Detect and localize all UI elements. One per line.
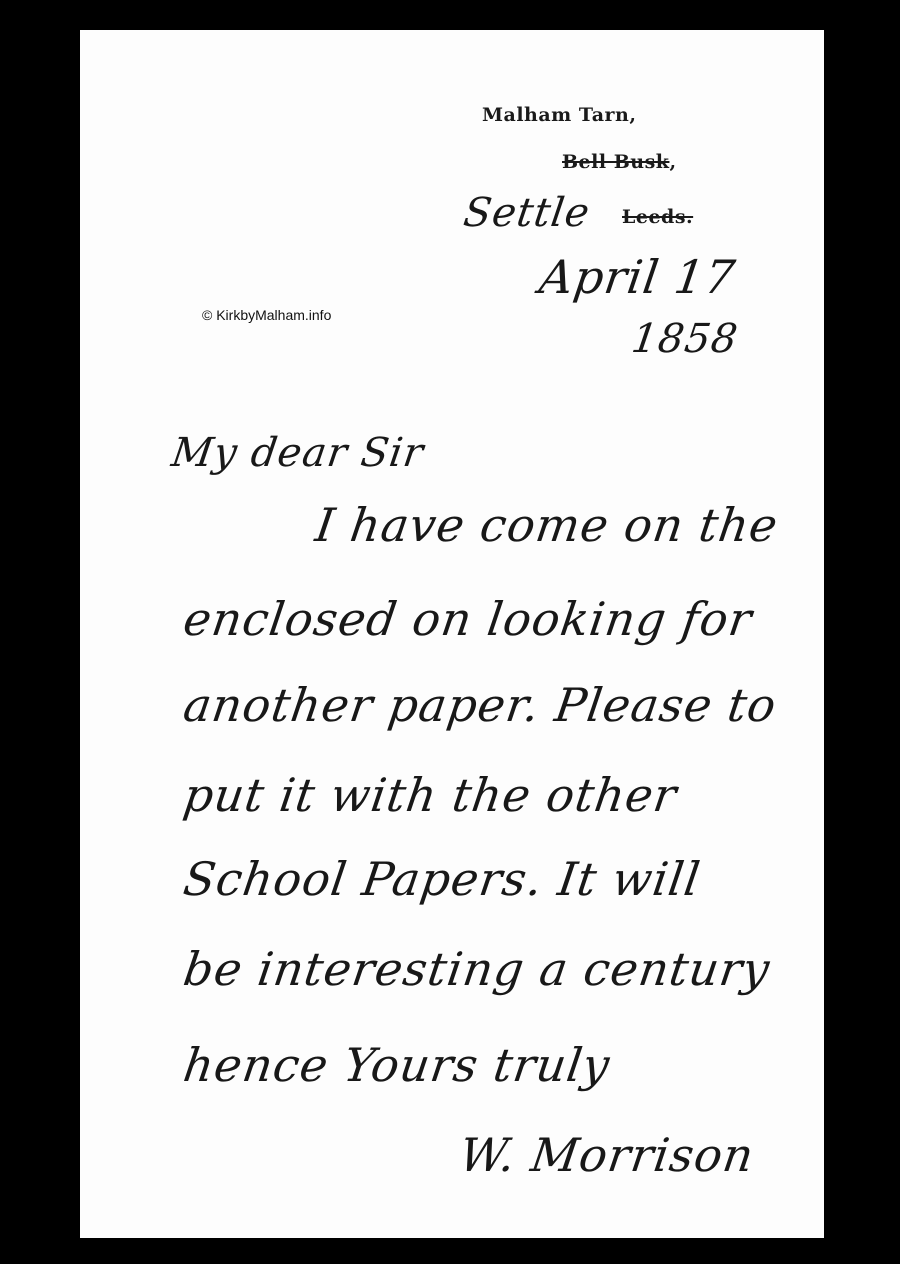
salutation: My dear Sir — [169, 430, 427, 476]
body-line-1: I have come on the — [312, 498, 781, 552]
comma: , — [669, 151, 676, 173]
letter-date: April 17 — [536, 250, 739, 304]
signature: W. Morrison — [456, 1128, 757, 1182]
letter-year: 1858 — [629, 316, 741, 362]
body-line-3: another paper. Please to — [180, 678, 780, 732]
copyright-watermark: © KirkbyMalham.info — [202, 307, 331, 323]
letterhead-struck-bell-busk: Bell Busk, — [562, 151, 677, 173]
letterhead-struck-leeds: Leeds. — [622, 206, 693, 228]
handwritten-place-settle: Settle — [461, 190, 593, 236]
struck-text: Bell Busk — [562, 151, 669, 173]
letterhead-address: Malham Tarn, — [482, 104, 636, 126]
body-line-5: School Papers. It will — [180, 852, 704, 906]
body-line-2: enclosed on looking for — [180, 592, 756, 646]
body-line-6: be interesting a century — [180, 942, 773, 996]
body-line-7-closing: hence Yours truly — [180, 1038, 613, 1092]
letter-page: Malham Tarn, Bell Busk, Settle Leeds. Ap… — [80, 30, 824, 1238]
body-line-4: put it with the other — [180, 768, 680, 822]
